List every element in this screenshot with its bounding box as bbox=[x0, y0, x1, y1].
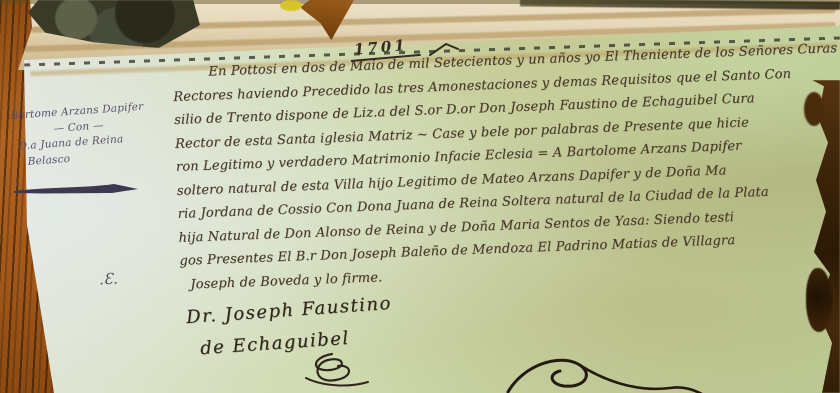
partial-signature-flourish bbox=[502, 354, 712, 393]
yellow-stain-spot bbox=[280, 0, 302, 11]
burn-hole bbox=[806, 268, 832, 332]
margin-note: Bartome Arzans Dapifer — Con — D.a Juana… bbox=[10, 97, 184, 171]
manuscript-photo: 1701 Bartome Arzans Dapifer — Con — D.a … bbox=[0, 0, 840, 393]
signature-rubric-flourish bbox=[292, 352, 382, 393]
margin-underline-flourish bbox=[12, 182, 147, 198]
margin-mark: .Ɛ. bbox=[99, 270, 119, 289]
body-text: En Pottosi en dos de Maio de mil Setecie… bbox=[172, 37, 840, 297]
